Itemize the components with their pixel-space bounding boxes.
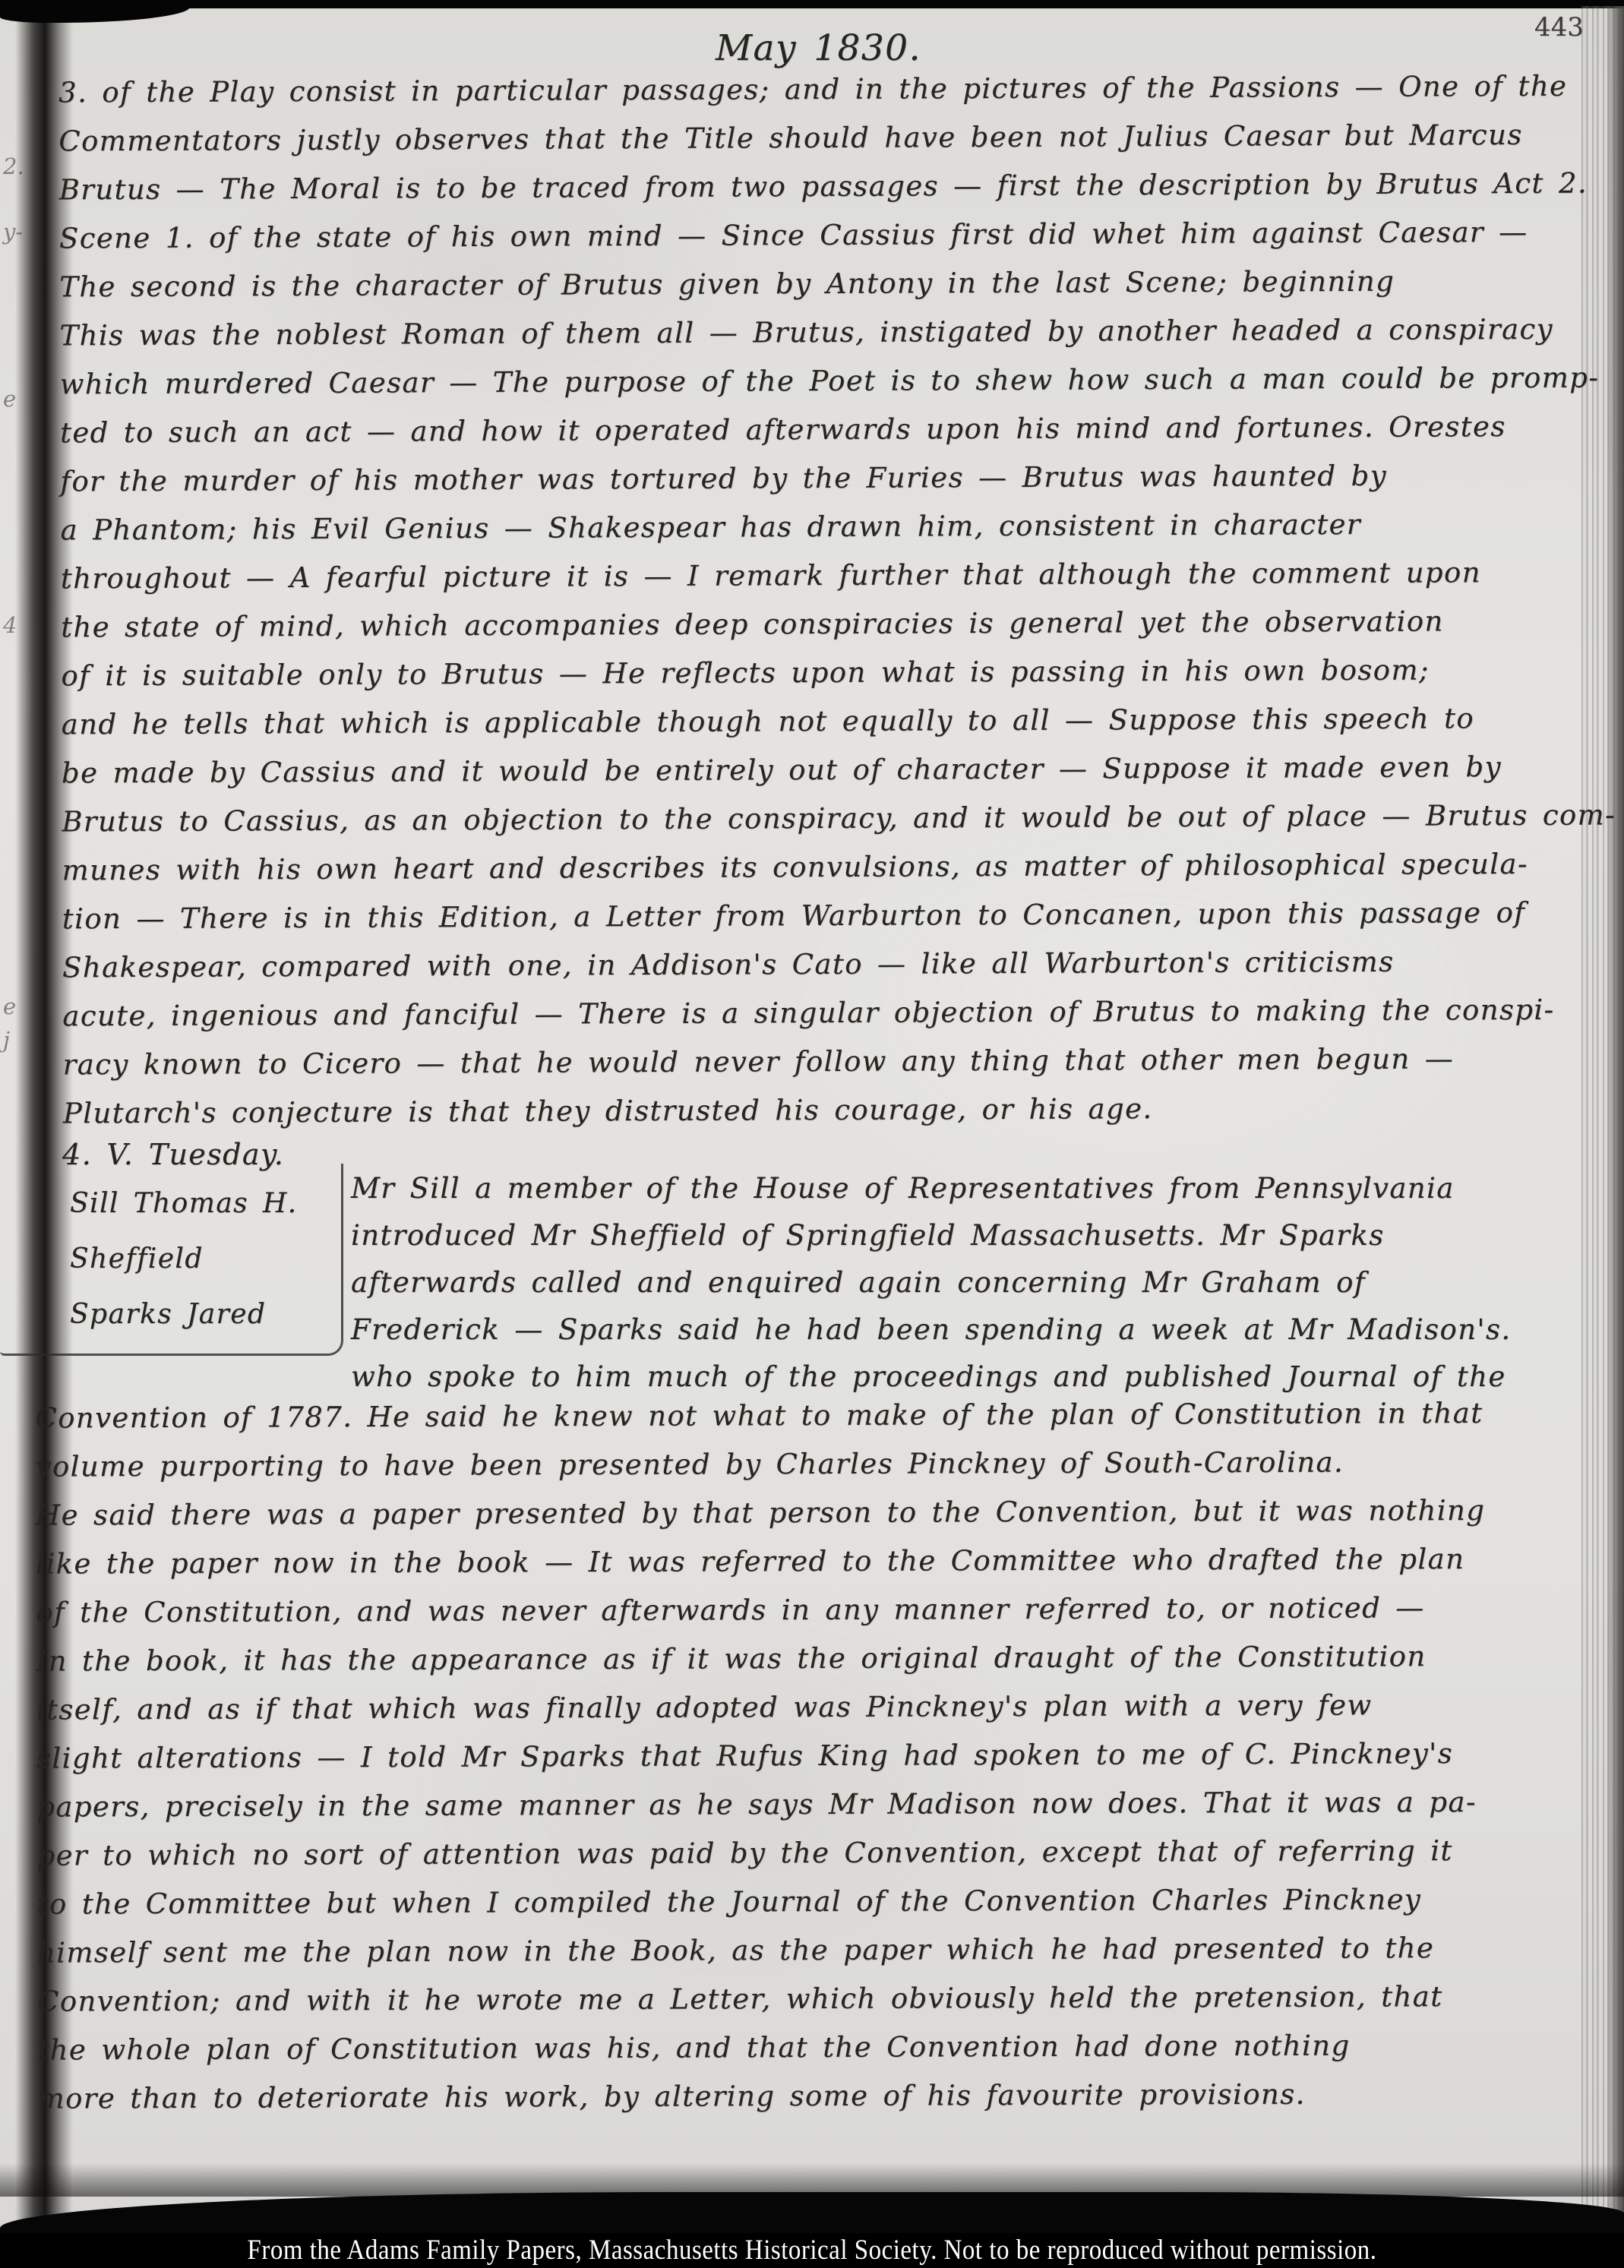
manuscript-line: introduced Mr Sheffield of Springfield M… (351, 1212, 1512, 1259)
manuscript-line: Frederick — Sparks said he had been spen… (351, 1306, 1512, 1354)
manuscript-line: throughout — A fearful picture it is — I… (61, 548, 1585, 604)
manuscript-line: tion — There is in this Edition, a Lette… (62, 889, 1586, 944)
bleed-through-mark: e (3, 386, 16, 412)
manuscript-line: Convention; and with it he wrote me a Le… (37, 1972, 1585, 2026)
diary-entry-may-4-body: Convention of 1787. He said he knew not … (35, 1388, 1585, 2123)
manuscript-line: Brutus — The Moral is to be traced from … (58, 160, 1582, 215)
manuscript-line: for the murder of his mother was torture… (60, 451, 1584, 507)
manuscript-line: The second is the character of Brutus gi… (59, 257, 1583, 312)
manuscript-line: like the paper now in the book — It was … (36, 1534, 1584, 1588)
diary-entry-may-4-indented: Mr Sill a member of the House of Represe… (351, 1165, 1512, 1401)
manuscript-line: be made by Cassius and it would be entir… (62, 743, 1585, 798)
manuscript-line: ted to such an act — and how it operated… (60, 403, 1584, 458)
margin-name: Sparks Jared (70, 1287, 297, 1342)
manuscript-line: the state of mind, which accompanies dee… (61, 597, 1585, 652)
manuscript-line: 3. of the Play consist in particular pas… (58, 62, 1582, 118)
manuscript-line: slight alterations — I told Mr Sparks th… (36, 1729, 1585, 1783)
diary-entry-may-3: 3. of the Play consist in particular pas… (58, 62, 1587, 1139)
attribution-bar: From the Adams Family Papers, Massachuse… (0, 2233, 1624, 2268)
manuscript-line: and he tells that which is applicable th… (62, 694, 1585, 750)
manuscript-line: himself sent me the plan now in the Book… (37, 1923, 1585, 1977)
manuscript-line: which murdered Caesar — The purpose of t… (60, 354, 1584, 409)
manuscript-line: Commentators justly observes that the Ti… (58, 111, 1582, 166)
manuscript-line: This was the noblest Roman of them all —… (59, 305, 1583, 361)
manuscript-line: to the Committee but when I compiled the… (37, 1875, 1585, 1928)
margin-name: Sheffield (70, 1231, 297, 1287)
page-number: 443 (1534, 12, 1584, 43)
manuscript-line: Mr Sill a member of the House of Represe… (351, 1165, 1512, 1212)
manuscript-line: In the book, it has the appearance as if… (36, 1632, 1584, 1685)
book-edge-shadow (1607, 6, 1624, 2235)
manuscript-line: volume purporting to have been presented… (36, 1437, 1584, 1491)
manuscript-line: per to which no sort of attention was pa… (36, 1826, 1585, 1880)
manuscript-line: of it is suitable only to Brutus — He re… (61, 646, 1585, 701)
manuscript-line: Scene 1. of the state of his own mind — … (59, 208, 1583, 264)
manuscript-line: a Phantom; his Evil Genius — Shakespear … (60, 500, 1584, 555)
manuscript-scan: 2. y- e 4 e j May 1830. 443 3. of the Pl… (0, 0, 1624, 2268)
manuscript-line: Shakespear, compared with one, in Addiso… (62, 937, 1586, 993)
manuscript-line: Plutarch's conjecture is that they distr… (63, 1083, 1587, 1139)
scan-top-edge (0, 0, 1624, 8)
attribution-text: From the Adams Family Papers, Massachuse… (248, 2235, 1377, 2266)
manuscript-line: itself, and as if that which was finally… (36, 1680, 1585, 1734)
month-heading: May 1830. (716, 27, 921, 69)
manuscript-line: Convention of 1787. He said he knew not … (35, 1388, 1583, 1442)
manuscript-line: Brutus to Cassius, as an objection to th… (62, 791, 1585, 847)
bleed-through-mark: e (3, 993, 16, 1019)
manuscript-line: munes with his own heart and describes i… (62, 840, 1585, 896)
manuscript-line: more than to deteriorate his work, by al… (37, 2069, 1585, 2123)
margin-name-index: Sill Thomas H. Sheffield Sparks Jared (70, 1176, 297, 1342)
manuscript-line: afterwards called and enquired again con… (351, 1259, 1512, 1306)
manuscript-line: papers, precisely in the same manner as … (36, 1777, 1585, 1831)
manuscript-line: of the Constitution, and was never after… (36, 1583, 1584, 1637)
bleed-through-mark: j (3, 1027, 10, 1053)
manuscript-line: racy known to Cicero — that he would nev… (63, 1034, 1587, 1090)
manuscript-line: the whole plan of Constitution was his, … (37, 2020, 1585, 2074)
margin-name: Sill Thomas H. (70, 1176, 297, 1231)
manuscript-line: acute, ingenious and fanciful — There is… (62, 986, 1586, 1041)
manuscript-line: He said there was a paper presented by t… (36, 1486, 1584, 1540)
